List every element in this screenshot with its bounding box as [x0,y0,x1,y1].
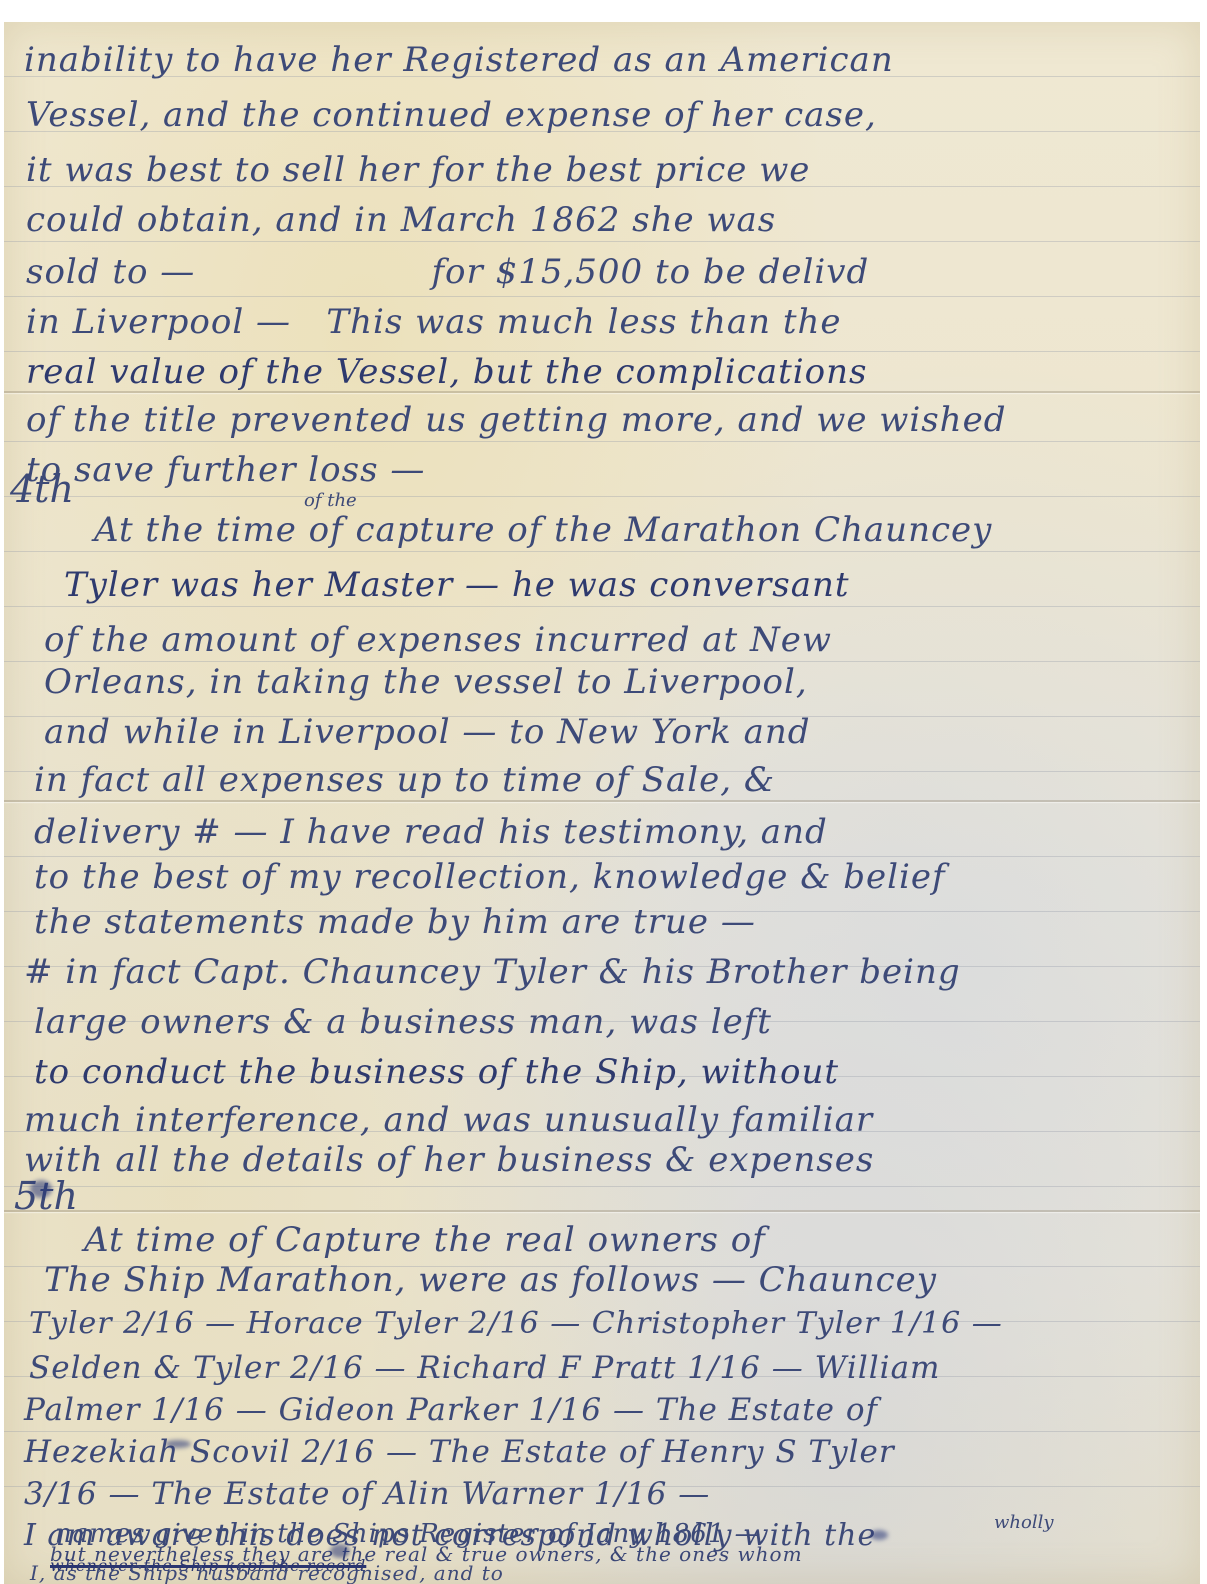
fold-crease [4,1210,1200,1212]
text-line: Tyler was her Master — he was conversant [64,565,1180,605]
rule-line [4,241,1200,242]
text-line: The Ship Marathon, were as follows — Cha… [44,1260,1180,1300]
text-line: At the time of capture of the Marathon C… [94,510,1180,550]
text-line: delivery # — I have read his testimony, … [34,812,1180,852]
text-line: and while in Liverpool — to New York and [44,712,1180,752]
text-line: Palmer 1/16 — Gideon Parker 1/16 — The E… [24,1390,1180,1430]
text-line: I, as the Ships husband recognised, and … [30,1562,1187,1584]
rule-line [4,441,1200,442]
rule-line [4,606,1200,607]
manuscript-page: inability to have her Registered as an A… [4,22,1200,1584]
text-line: the statements made by him are true — [34,902,1180,942]
text-line: # in fact Capt. Chauncey Tyler & his Bro… [24,952,1180,992]
ink-blot [870,1530,888,1540]
ink-blot [330,1544,350,1558]
text-line: At time of Capture the real owners of [84,1220,1180,1260]
rule-line [4,551,1200,552]
text-line: 3/16 — The Estate of Alin Warner 1/16 — [24,1474,1180,1514]
text-line: much interference, and was unusually fam… [24,1100,1180,1140]
ink-blot [30,1180,52,1198]
caret-insert: of the [304,490,357,511]
ink-blot [165,1440,191,1448]
text-line: to the best of my recollection, knowledg… [34,857,1180,897]
text-line: it was best to sell her for the best pri… [26,150,1180,190]
text-line: to conduct the business of the Ship, wit… [34,1052,1180,1092]
text-line: of the amount of expenses incurred at Ne… [44,620,1180,660]
text-line: large owners & a business man, was left [34,1002,1180,1042]
text-line: of the title prevented us getting more, … [26,400,1180,440]
text-line: Selden & Tyler 2/16 — Richard F Pratt 1/… [29,1348,1180,1388]
text-line: sold to — for $15,500 to be delivd [26,252,1180,292]
rule-line [4,1186,1200,1187]
text-line: could obtain, and in March 1862 she was [26,200,1180,240]
text-line: in Liverpool — This was much less than t… [26,302,1180,342]
text-line: in fact all expenses up to time of Sale,… [34,760,1180,800]
text-line: Vessel, and the continued expense of her… [26,95,1180,135]
text-line: to save further loss — [26,450,1180,490]
text-line: Tyler 2/16 — Horace Tyler 2/16 — Christo… [29,1304,1180,1344]
text-line: with all the details of her business & e… [24,1140,1180,1180]
text-line: Orleans, in taking the vessel to Liverpo… [44,662,1180,702]
text-line: real value of the Vessel, but the compli… [26,352,1180,392]
rule-line [4,496,1200,497]
text-line: Hezekiah Scovil 2/16 — The Estate of Hen… [24,1432,1180,1472]
rule-line [4,296,1200,297]
fold-crease [4,800,1200,802]
text-line: inability to have her Registered as an A… [24,40,1180,80]
section-number-4: 4th [10,467,74,511]
